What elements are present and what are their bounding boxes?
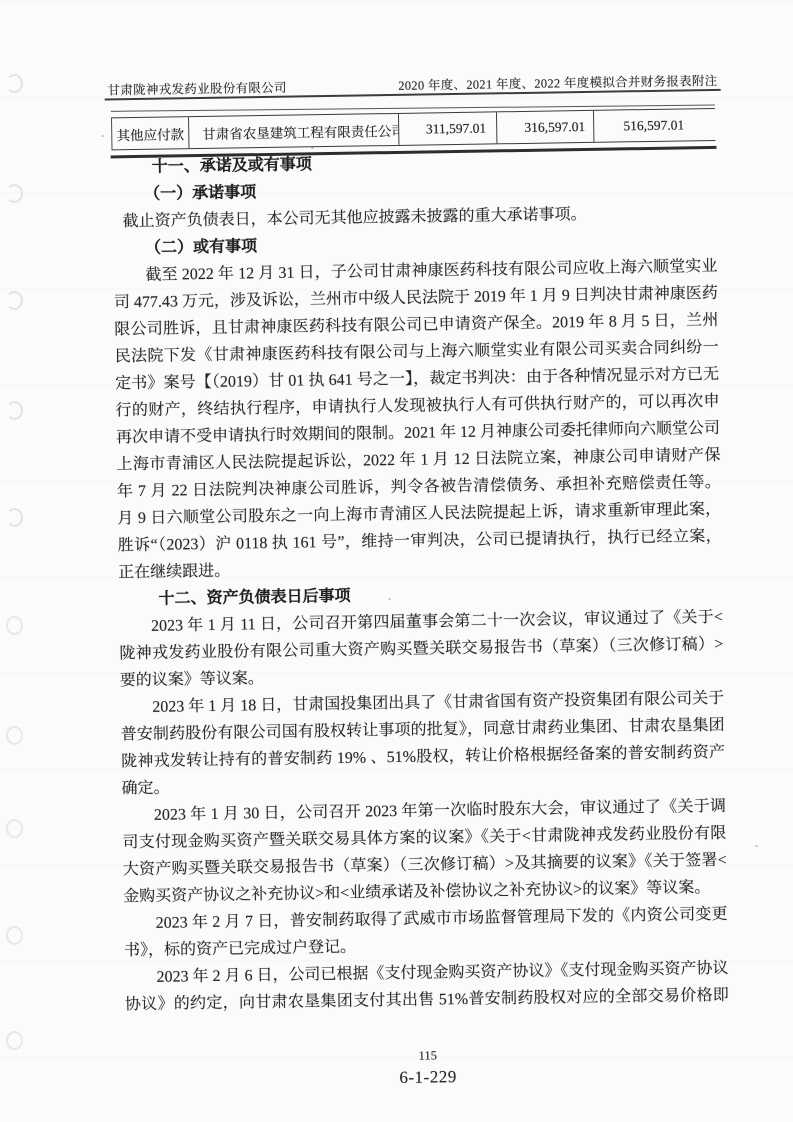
document-page: 甘肃陇神戎发药业股份有限公司 2020 年度、2021 年度、2022 年度模拟… [0,0,793,1122]
table-cell-account: 其他应付款 [112,117,188,149]
table-cell-value-2: 316,597.01 [496,111,593,144]
content-blocks: 十一、承诺及或有事项（一）承诺事项截止资产负债表日，本公司无其他应披露未披露的重… [112,145,729,1018]
table-cell-value-1: 311,597.01 [398,112,496,145]
payables-table-row: 其他应付款 甘肃省农垦建筑工程有限责任公司 311,597.01 316,597… [111,108,715,150]
table-cell-counterparty: 甘肃省农垦建筑工程有限责任公司 [188,114,398,148]
table-cell-value-3: 516,597.01 [593,109,715,142]
document-number: 6-1-229 [126,1063,730,1092]
